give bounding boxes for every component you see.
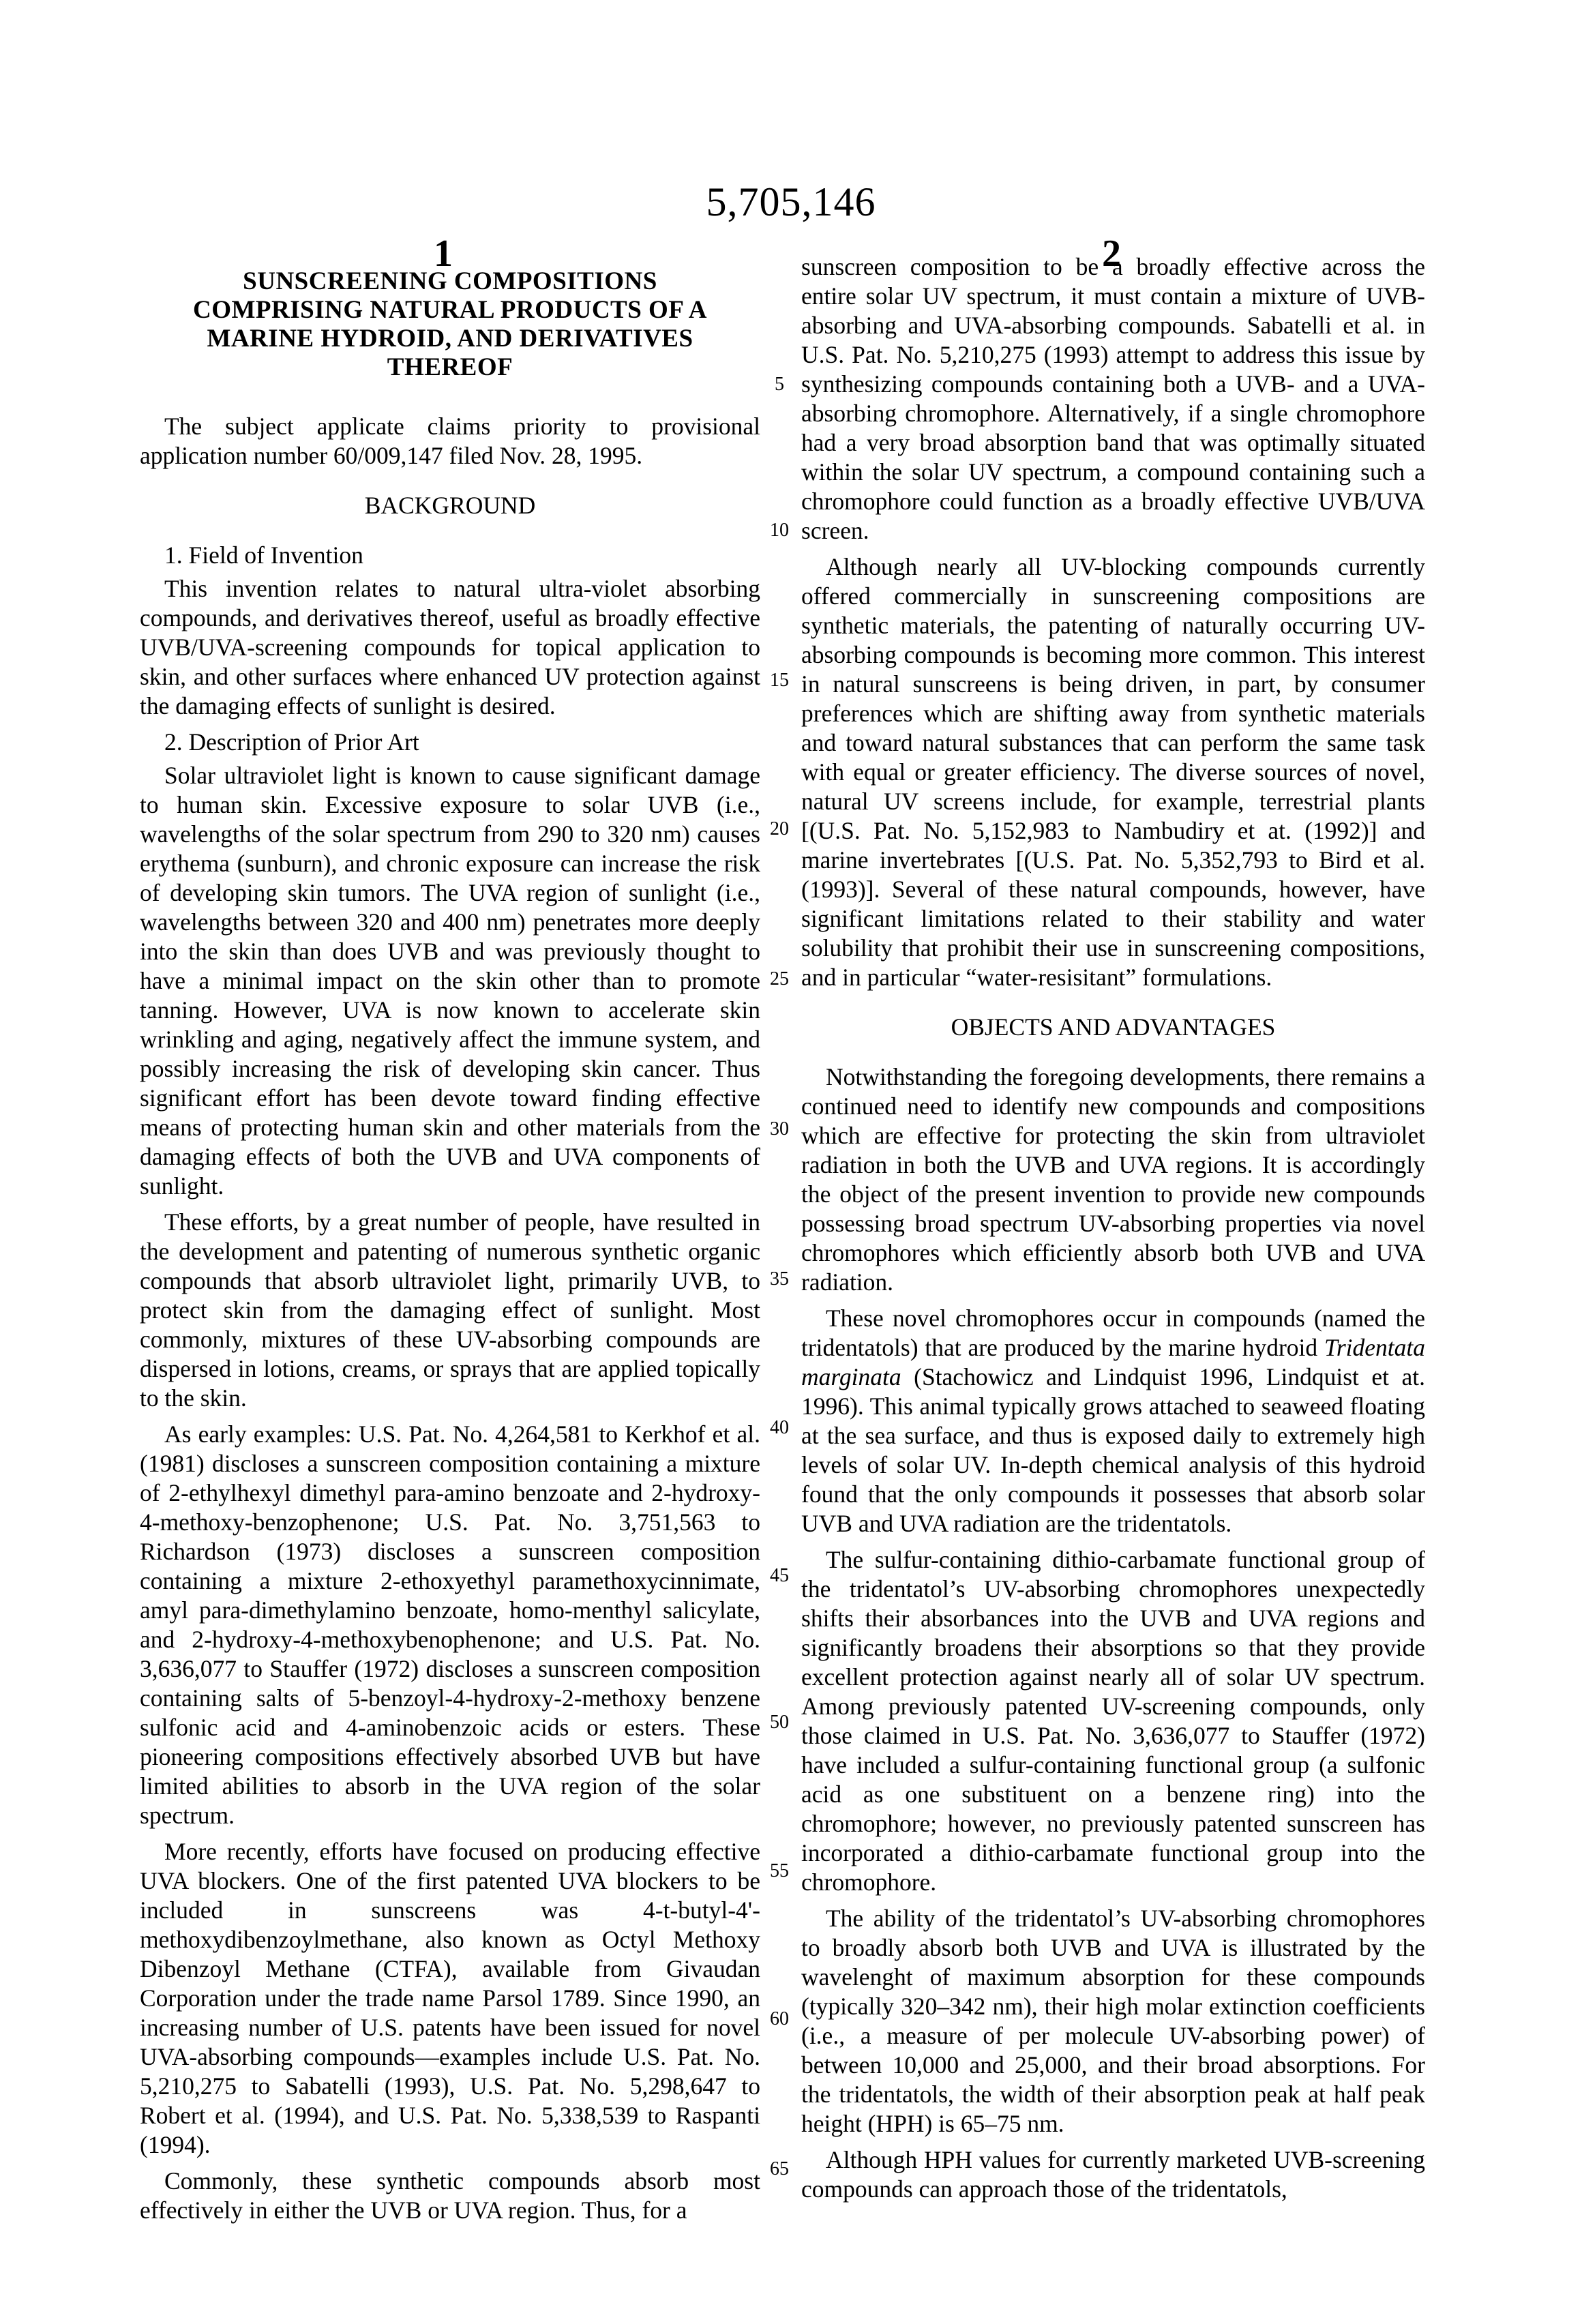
paragraph: Commonly, these synthetic compounds abso… (140, 2166, 760, 2225)
paragraph-hph: Although HPH values for currently market… (801, 2145, 1425, 2204)
continuation-paragraph: sunscreen composition to be a broadly ef… (801, 252, 1425, 546)
line-number: 55 (762, 1860, 796, 1882)
line-number: 40 (762, 1417, 796, 1439)
paragraph: More recently, efforts have focused on p… (140, 1837, 760, 2160)
priority-claim: The subject applicate claims priority to… (140, 412, 760, 471)
paragraph-ability: The ability of the tridentatol’s UV-abso… (801, 1904, 1425, 2139)
line-number: 20 (762, 818, 796, 840)
line-number: 25 (762, 968, 796, 990)
paragraph-natural-sunscreens: Although nearly all UV-blocking compound… (801, 552, 1425, 992)
right-column: sunscreen composition to be a broadly ef… (801, 252, 1425, 2211)
paragraph-objects: Notwithstanding the foregoing developmen… (801, 1062, 1425, 1297)
background-heading: BACKGROUND (140, 491, 760, 520)
field-of-invention-text: This invention relates to natural ultra-… (140, 574, 760, 721)
line-number: 65 (762, 2158, 796, 2180)
left-column: SUNSCREENING COMPOSITIONS COMPRISING NAT… (140, 267, 760, 2232)
line-number: 35 (762, 1268, 796, 1290)
patent-number: 5,705,146 (0, 179, 1582, 226)
line-number: 5 (762, 374, 796, 396)
paragraph-sulfur: The sulfur-containing dithio-carbamate f… (801, 1545, 1425, 1897)
line-number: 30 (762, 1118, 796, 1140)
paragraph: These efforts, by a great number of peop… (140, 1208, 760, 1413)
line-number: 10 (762, 520, 796, 541)
field-of-invention-heading: 1. Field of Invention (140, 541, 760, 570)
paragraph: Solar ultraviolet light is known to caus… (140, 761, 760, 1201)
paragraph-tridentatols: These novel chromophores occur in compou… (801, 1304, 1425, 1538)
line-number: 15 (762, 670, 796, 691)
document-title: SUNSCREENING COMPOSITIONS COMPRISING NAT… (167, 267, 733, 382)
line-number: 45 (762, 1565, 796, 1587)
prior-art-heading: 2. Description of Prior Art (140, 728, 760, 757)
line-number: 50 (762, 1712, 796, 1733)
paragraph: As early examples: U.S. Pat. No. 4,264,5… (140, 1420, 760, 1830)
line-number: 60 (762, 2008, 796, 2030)
objects-advantages-heading: OBJECTS AND ADVANTAGES (801, 1013, 1425, 1042)
